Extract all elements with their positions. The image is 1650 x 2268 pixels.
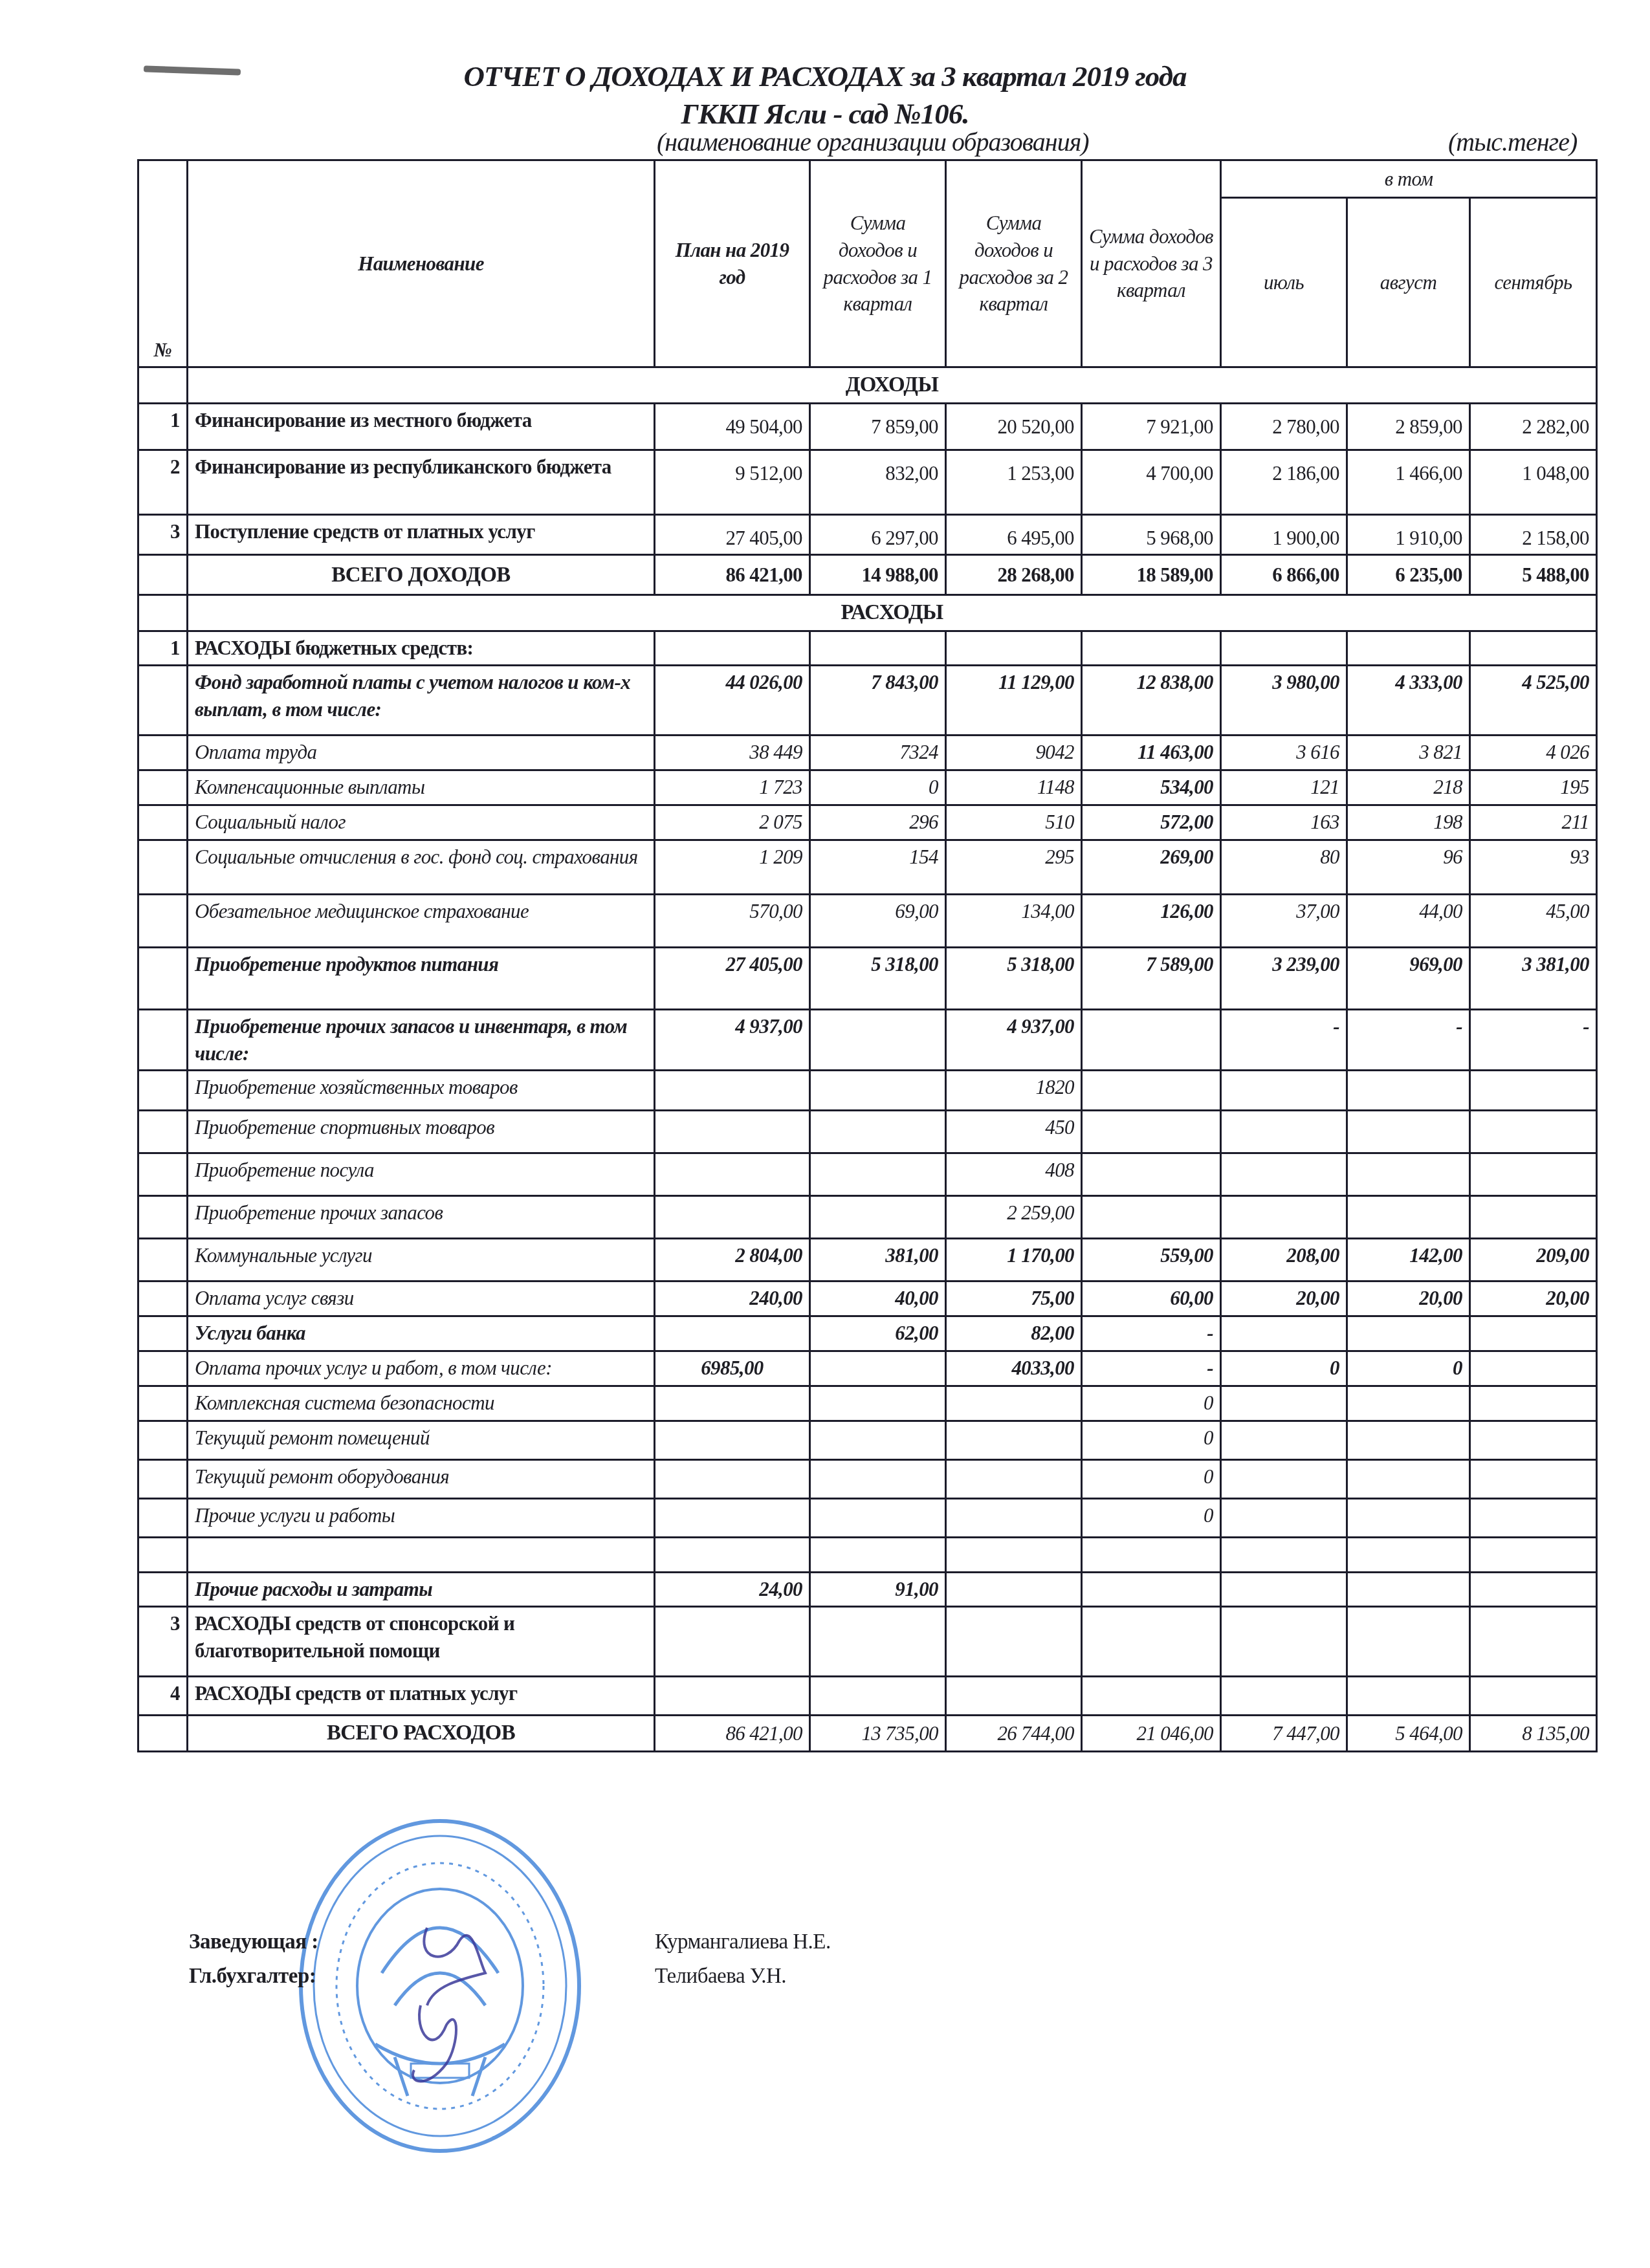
total-row: ВСЕГО РАСХОДОВ86 421,0013 735,0026 744,0… (138, 1716, 1597, 1752)
cell-plan: 4 937,00 (655, 1009, 810, 1071)
cell-q3: - (1082, 1351, 1221, 1386)
cell-plan: 27 405,00 (655, 947, 810, 1009)
cell-q3: 18 589,00 (1082, 555, 1221, 595)
cell-m2: 96 (1347, 840, 1470, 894)
cell-plan (655, 1111, 810, 1153)
cell-no (138, 894, 188, 947)
cell-no (138, 1153, 188, 1196)
cell-plan: 2 075 (655, 805, 810, 840)
cell-q3 (1082, 1153, 1221, 1196)
cell-q1 (810, 1351, 946, 1386)
cell-no: 1 (138, 631, 188, 665)
cell-m1: 2 186,00 (1221, 450, 1347, 514)
cell-no (138, 1573, 188, 1607)
signature-roles: Заведующая : Гл.бухгалтер: (189, 1925, 318, 1994)
cell-q3: 0 (1082, 1460, 1221, 1499)
cell-q2: 4033,00 (946, 1351, 1082, 1386)
cell-q3: 21 046,00 (1082, 1716, 1221, 1752)
cell-q1: 0 (810, 770, 946, 805)
cell-m3 (1470, 1421, 1597, 1460)
cell-m1 (1221, 1386, 1347, 1421)
cell-m2: - (1347, 1009, 1470, 1071)
table-row: Приобретение спортивных товаров450 (138, 1111, 1597, 1153)
table-row: Приобретение продуктов питания27 405,005… (138, 947, 1597, 1009)
cell-name: Прочие услуги и работы (188, 1499, 655, 1538)
cell-q3 (1082, 1573, 1221, 1607)
table-row: Текущий ремонт помещений0 (138, 1421, 1597, 1460)
cell-q2 (946, 631, 1082, 665)
cell-plan (655, 1386, 810, 1421)
cell-m1: 6 866,00 (1221, 555, 1347, 595)
table-row: 3Поступление средств от платных услуг27 … (138, 514, 1597, 555)
cell-no (138, 1460, 188, 1499)
cell-m1: 208,00 (1221, 1239, 1347, 1281)
cell-plan: 86 421,00 (655, 555, 810, 595)
cell-q2 (946, 1573, 1082, 1607)
cell-m1 (1221, 1607, 1347, 1677)
cell-q3 (1082, 1009, 1221, 1071)
cell-q2 (946, 1607, 1082, 1677)
cell-q2 (946, 1386, 1082, 1421)
cell-m3 (1470, 1677, 1597, 1716)
col-header-july: июль (1221, 198, 1347, 367)
cell-q3: - (1082, 1316, 1221, 1351)
table-row: 1Финансирование из местного бюджета49 50… (138, 403, 1597, 450)
table-row: Социальные отчисления в гос. фонд соц. с… (138, 840, 1597, 894)
cell-name: Текущий ремонт оборудования (188, 1460, 655, 1499)
accountant-name: Телибаева У.Н. (655, 1959, 831, 1994)
cell-m3: 2 158,00 (1470, 514, 1597, 555)
section-title: ДОХОДЫ (188, 367, 1597, 404)
cell-no (138, 1421, 188, 1460)
cell-no (138, 1071, 188, 1111)
currency-unit: (тыс.тенге) (1448, 127, 1577, 157)
cell-q2: 5 318,00 (946, 947, 1082, 1009)
cell-m2 (1347, 1677, 1470, 1716)
cell-name: Приобретение хозяйственных товаров (188, 1071, 655, 1111)
cell-no: 3 (138, 514, 188, 555)
cell-q1: 40,00 (810, 1281, 946, 1316)
cell-m3: 2 282,00 (1470, 403, 1597, 450)
cell-q1 (810, 1607, 946, 1677)
cell-no (138, 1538, 188, 1573)
cell-m2: 1 910,00 (1347, 514, 1470, 555)
cell-q1 (810, 1460, 946, 1499)
organization-name: ГККП Ясли - сад №106. (0, 97, 1650, 131)
cell-name: Приобретение спортивных товаров (188, 1111, 655, 1153)
cell-m1: 0 (1221, 1351, 1347, 1386)
cell-q2: 11 129,00 (946, 665, 1082, 735)
cell-m1 (1221, 1538, 1347, 1573)
cell-q1 (810, 1009, 946, 1071)
table-row: Оплата услуг связи240,0040,0075,0060,002… (138, 1281, 1597, 1316)
cell-q1: 69,00 (810, 894, 946, 947)
cell-q2 (946, 1538, 1082, 1573)
cell-name: РАСХОДЫ средств от спонсорской и благотв… (188, 1607, 655, 1677)
cell-plan (655, 1421, 810, 1460)
cell-q3: 7 589,00 (1082, 947, 1221, 1009)
cell-q1: 91,00 (810, 1573, 946, 1607)
cell-m2 (1347, 1607, 1470, 1677)
organization-caption: (наименование организации образования) (657, 127, 1089, 157)
cell-q2 (946, 1499, 1082, 1538)
cell-q3: 559,00 (1082, 1239, 1221, 1281)
cell-m2: 218 (1347, 770, 1470, 805)
cell-no (138, 1111, 188, 1153)
cell-m2 (1347, 1071, 1470, 1111)
cell-m2 (1347, 1316, 1470, 1351)
cell-q2: 450 (946, 1111, 1082, 1153)
cell-name: Приобретение продуктов питания (188, 947, 655, 1009)
cell-plan: 49 504,00 (655, 403, 810, 450)
cell-m2: 198 (1347, 805, 1470, 840)
cell-q1: 7 843,00 (810, 665, 946, 735)
cell-m3: 4 525,00 (1470, 665, 1597, 735)
cell-no (138, 1351, 188, 1386)
cell-m1 (1221, 1196, 1347, 1239)
cell-m3: - (1470, 1009, 1597, 1071)
cell-name: Комплексная система безопасности (188, 1386, 655, 1421)
cell-q3 (1082, 1071, 1221, 1111)
cell-no: 3 (138, 1607, 188, 1677)
cell-m3 (1470, 1316, 1597, 1351)
cell-plan: 24,00 (655, 1573, 810, 1607)
table-row: 4РАСХОДЫ средств от платных услуг (138, 1677, 1597, 1716)
cell-plan: 1 209 (655, 840, 810, 894)
cell-m1: 3 239,00 (1221, 947, 1347, 1009)
cell-name: Услуги банка (188, 1316, 655, 1351)
cell-m1: 20,00 (1221, 1281, 1347, 1316)
cell-no (138, 770, 188, 805)
cell-m3 (1470, 1111, 1597, 1153)
cell-m2: 4 333,00 (1347, 665, 1470, 735)
cell-m3: 1 048,00 (1470, 450, 1597, 514)
cell-q3: 0 (1082, 1386, 1221, 1421)
cell-m3 (1470, 1071, 1597, 1111)
cell-no (138, 1239, 188, 1281)
cell-m3 (1470, 1499, 1597, 1538)
cell-q1: 6 297,00 (810, 514, 946, 555)
cell-no (138, 665, 188, 735)
cell-plan (655, 631, 810, 665)
total-row: ВСЕГО ДОХОДОВ86 421,0014 988,0028 268,00… (138, 555, 1597, 595)
cell-q3: 4 700,00 (1082, 450, 1221, 514)
cell-m3 (1470, 1386, 1597, 1421)
table-row: Комплексная система безопасности0 (138, 1386, 1597, 1421)
cell-m1 (1221, 1111, 1347, 1153)
cell-plan: 240,00 (655, 1281, 810, 1316)
cell-name: Социальные отчисления в гос. фонд соц. с… (188, 840, 655, 894)
cell-no (138, 1386, 188, 1421)
cell-m2: 969,00 (1347, 947, 1470, 1009)
cell-name: Компенсационные выплаты (188, 770, 655, 805)
cell-q1: 832,00 (810, 450, 946, 514)
cell-plan (655, 1196, 810, 1239)
cell-m1: 3 616 (1221, 735, 1347, 770)
table-row: 1РАСХОДЫ бюджетных средств: (138, 631, 1597, 665)
cell-plan: 38 449 (655, 735, 810, 770)
cell-q2: 510 (946, 805, 1082, 840)
cell-plan (655, 1677, 810, 1716)
cell-q1: 381,00 (810, 1239, 946, 1281)
table-row: Приобретение посула408 (138, 1153, 1597, 1196)
cell-m3: 8 135,00 (1470, 1716, 1597, 1752)
cell-no (138, 1196, 188, 1239)
cell-m3 (1470, 1538, 1597, 1573)
cell-name: Оплата прочих услуг и работ, в том числе… (188, 1351, 655, 1386)
cell-m1: 37,00 (1221, 894, 1347, 947)
cell-q3: 60,00 (1082, 1281, 1221, 1316)
table-row: Приобретение прочих запасов и инвентаря,… (138, 1009, 1597, 1071)
cell-no: 2 (138, 450, 188, 514)
cell-no (138, 367, 188, 404)
col-header-months-group: в том (1221, 160, 1597, 198)
cell-m1 (1221, 1421, 1347, 1460)
cell-m2 (1347, 1196, 1470, 1239)
cell-no (138, 1281, 188, 1316)
cell-plan: 9 512,00 (655, 450, 810, 514)
section-title-row: РАСХОДЫ (138, 595, 1597, 631)
cell-m3: 5 488,00 (1470, 555, 1597, 595)
cell-no (138, 947, 188, 1009)
cell-q2: 20 520,00 (946, 403, 1082, 450)
cell-m3: 3 381,00 (1470, 947, 1597, 1009)
cell-name: Прочие расходы и затраты (188, 1573, 655, 1607)
cell-plan: 6985,00 (655, 1351, 810, 1386)
cell-q3: 11 463,00 (1082, 735, 1221, 770)
cell-no (138, 1009, 188, 1071)
head-role: Заведующая : (189, 1925, 318, 1959)
cell-q2: 9042 (946, 735, 1082, 770)
cell-plan: 570,00 (655, 894, 810, 947)
cell-m2 (1347, 1499, 1470, 1538)
cell-plan: 27 405,00 (655, 514, 810, 555)
section-title: РАСХОДЫ (188, 595, 1597, 631)
cell-no (138, 735, 188, 770)
col-header-q3: Сумма доходов и расходов за 3 квартал (1082, 160, 1221, 367)
cell-plan (655, 1153, 810, 1196)
col-header-plan: План на 2019 год (655, 160, 810, 367)
cell-q3 (1082, 1196, 1221, 1239)
cell-no: 1 (138, 403, 188, 450)
cell-q1: 7324 (810, 735, 946, 770)
cell-name: ВСЕГО РАСХОДОВ (188, 1716, 655, 1752)
cell-m1: 163 (1221, 805, 1347, 840)
cell-m1 (1221, 1460, 1347, 1499)
table-row: Оплата труда38 4497324904211 463,003 616… (138, 735, 1597, 770)
cell-q1 (810, 1421, 946, 1460)
section-title-row: ДОХОДЫ (138, 367, 1597, 404)
cell-m2 (1347, 1573, 1470, 1607)
cell-q2: 1148 (946, 770, 1082, 805)
cell-q1: 62,00 (810, 1316, 946, 1351)
cell-m1: 80 (1221, 840, 1347, 894)
cell-m2: 1 466,00 (1347, 450, 1470, 514)
cell-q2: 1820 (946, 1071, 1082, 1111)
cell-m3: 20,00 (1470, 1281, 1597, 1316)
table-row: 2Финансирование из республиканского бюдж… (138, 450, 1597, 514)
cell-name (188, 1538, 655, 1573)
cell-no: 4 (138, 1677, 188, 1716)
cell-name: Финансирование из местного бюджета (188, 403, 655, 450)
col-header-name: Наименование (188, 160, 655, 367)
cell-m2: 142,00 (1347, 1239, 1470, 1281)
cell-q3: 572,00 (1082, 805, 1221, 840)
col-header-q1: Сумма доходов и расходов за 1 квартал (810, 160, 946, 367)
cell-name: Оплата труда (188, 735, 655, 770)
cell-m2: 20,00 (1347, 1281, 1470, 1316)
cell-q3: 0 (1082, 1499, 1221, 1538)
cell-m1 (1221, 1316, 1347, 1351)
cell-q2: 6 495,00 (946, 514, 1082, 555)
cell-q3 (1082, 1111, 1221, 1153)
cell-m3: 93 (1470, 840, 1597, 894)
cell-q3: 534,00 (1082, 770, 1221, 805)
cell-name: ВСЕГО ДОХОДОВ (188, 555, 655, 595)
cell-plan (655, 1538, 810, 1573)
cell-m1: - (1221, 1009, 1347, 1071)
cell-m1: 7 447,00 (1221, 1716, 1347, 1752)
cell-name: Обезательное медицинское страхование (188, 894, 655, 947)
cell-m2 (1347, 1386, 1470, 1421)
cell-q2: 1 170,00 (946, 1239, 1082, 1281)
cell-name: Приобретение прочих запасов (188, 1196, 655, 1239)
cell-q3 (1082, 1538, 1221, 1573)
cell-m3: 209,00 (1470, 1239, 1597, 1281)
table-row: Приобретение хозяйственных товаров1820 (138, 1071, 1597, 1111)
cell-m2: 5 464,00 (1347, 1716, 1470, 1752)
cell-name: Текущий ремонт помещений (188, 1421, 655, 1460)
cell-m1 (1221, 631, 1347, 665)
cell-q2: 82,00 (946, 1316, 1082, 1351)
table-row: Коммунальные услуги2 804,00381,001 170,0… (138, 1239, 1597, 1281)
cell-name: Коммунальные услуги (188, 1239, 655, 1281)
income-section: ДОХОДЫ1Финансирование из местного бюджет… (138, 367, 1597, 595)
cell-m2 (1347, 1538, 1470, 1573)
cell-q1 (810, 631, 946, 665)
cell-m2 (1347, 1460, 1470, 1499)
cell-name: Финансирование из республиканского бюдже… (188, 450, 655, 514)
cell-no (138, 1316, 188, 1351)
cell-m3 (1470, 1351, 1597, 1386)
cell-m3 (1470, 631, 1597, 665)
table-row: Социальный налог2 075296510572,001631982… (138, 805, 1597, 840)
table-row: Прочие услуги и работы0 (138, 1499, 1597, 1538)
cell-q1: 296 (810, 805, 946, 840)
table-row: Оплата прочих услуг и работ, в том числе… (138, 1351, 1597, 1386)
cell-q2: 295 (946, 840, 1082, 894)
cell-q1 (810, 1153, 946, 1196)
cell-name: Поступление средств от платных услуг (188, 514, 655, 555)
cell-no (138, 595, 188, 631)
cell-q2 (946, 1421, 1082, 1460)
accountant-role: Гл.бухгалтер: (189, 1959, 318, 1994)
signature-names: Курмангалиева Н.Е. Телибаева У.Н. (655, 1925, 831, 1994)
cell-m2 (1347, 1111, 1470, 1153)
cell-no (138, 840, 188, 894)
cell-m1 (1221, 1499, 1347, 1538)
cell-m3 (1470, 1460, 1597, 1499)
cell-q1: 14 988,00 (810, 555, 946, 595)
cell-m2: 3 821 (1347, 735, 1470, 770)
table-row: Обезательное медицинское страхование570,… (138, 894, 1597, 947)
cell-m1 (1221, 1573, 1347, 1607)
cell-m1 (1221, 1677, 1347, 1716)
cell-name: Оплата услуг связи (188, 1281, 655, 1316)
cell-q1 (810, 1499, 946, 1538)
cell-q2 (946, 1677, 1082, 1716)
cell-m3: 195 (1470, 770, 1597, 805)
cell-m3 (1470, 1607, 1597, 1677)
cell-m3 (1470, 1153, 1597, 1196)
cell-q1 (810, 1538, 946, 1573)
cell-q1 (810, 1386, 946, 1421)
table-row: Приобретение прочих запасов2 259,00 (138, 1196, 1597, 1239)
cell-q1: 7 859,00 (810, 403, 946, 450)
cell-name: Социальный налог (188, 805, 655, 840)
cell-q2: 4 937,00 (946, 1009, 1082, 1071)
cell-no (138, 555, 188, 595)
cell-q3: 5 968,00 (1082, 514, 1221, 555)
cell-name: РАСХОДЫ бюджетных средств: (188, 631, 655, 665)
cell-q3: 7 921,00 (1082, 403, 1221, 450)
cell-q1: 13 735,00 (810, 1716, 946, 1752)
cell-m2 (1347, 1421, 1470, 1460)
table-row: Текущий ремонт оборудования0 (138, 1460, 1597, 1499)
table-row: Фонд заработной платы с учетом налогов и… (138, 665, 1597, 735)
cell-m2: 6 235,00 (1347, 555, 1470, 595)
table-row: 3РАСХОДЫ средств от спонсорской и благот… (138, 1607, 1597, 1677)
cell-q2: 75,00 (946, 1281, 1082, 1316)
cell-q1 (810, 1677, 946, 1716)
col-header-q2: Сумма доходов и расходов за 2 квартал (946, 160, 1082, 367)
cell-m2 (1347, 1153, 1470, 1196)
cell-m3 (1470, 1196, 1597, 1239)
cell-q3 (1082, 1607, 1221, 1677)
cell-m1 (1221, 1071, 1347, 1111)
cell-m1 (1221, 1153, 1347, 1196)
col-header-august: август (1347, 198, 1470, 367)
cell-plan (655, 1460, 810, 1499)
cell-name: Фонд заработной платы с учетом налогов и… (188, 665, 655, 735)
table-row: Прочие расходы и затраты24,0091,00 (138, 1573, 1597, 1607)
report-title: ОТЧЕТ О ДОХОДАХ И РАСХОДАХ за 3 квартал … (0, 60, 1650, 93)
official-stamp-icon (265, 1811, 628, 2174)
cell-q2: 26 744,00 (946, 1716, 1082, 1752)
cell-m2 (1347, 631, 1470, 665)
cell-m2: 0 (1347, 1351, 1470, 1386)
cell-q2: 134,00 (946, 894, 1082, 947)
cell-plan (655, 1499, 810, 1538)
cell-q2 (946, 1460, 1082, 1499)
cell-q1 (810, 1196, 946, 1239)
cell-no (138, 1716, 188, 1752)
cell-q2: 28 268,00 (946, 555, 1082, 595)
cell-q3: 269,00 (1082, 840, 1221, 894)
cell-q2: 408 (946, 1153, 1082, 1196)
head-name: Курмангалиева Н.Е. (655, 1925, 831, 1959)
cell-q3 (1082, 631, 1221, 665)
table-row: Услуги банка62,0082,00- (138, 1316, 1597, 1351)
col-header-no: № (138, 160, 188, 367)
cell-q3: 0 (1082, 1421, 1221, 1460)
cell-m2: 2 859,00 (1347, 403, 1470, 450)
cell-plan (655, 1071, 810, 1111)
cell-plan: 86 421,00 (655, 1716, 810, 1752)
cell-m3: 211 (1470, 805, 1597, 840)
cell-plan: 2 804,00 (655, 1239, 810, 1281)
cell-plan (655, 1607, 810, 1677)
